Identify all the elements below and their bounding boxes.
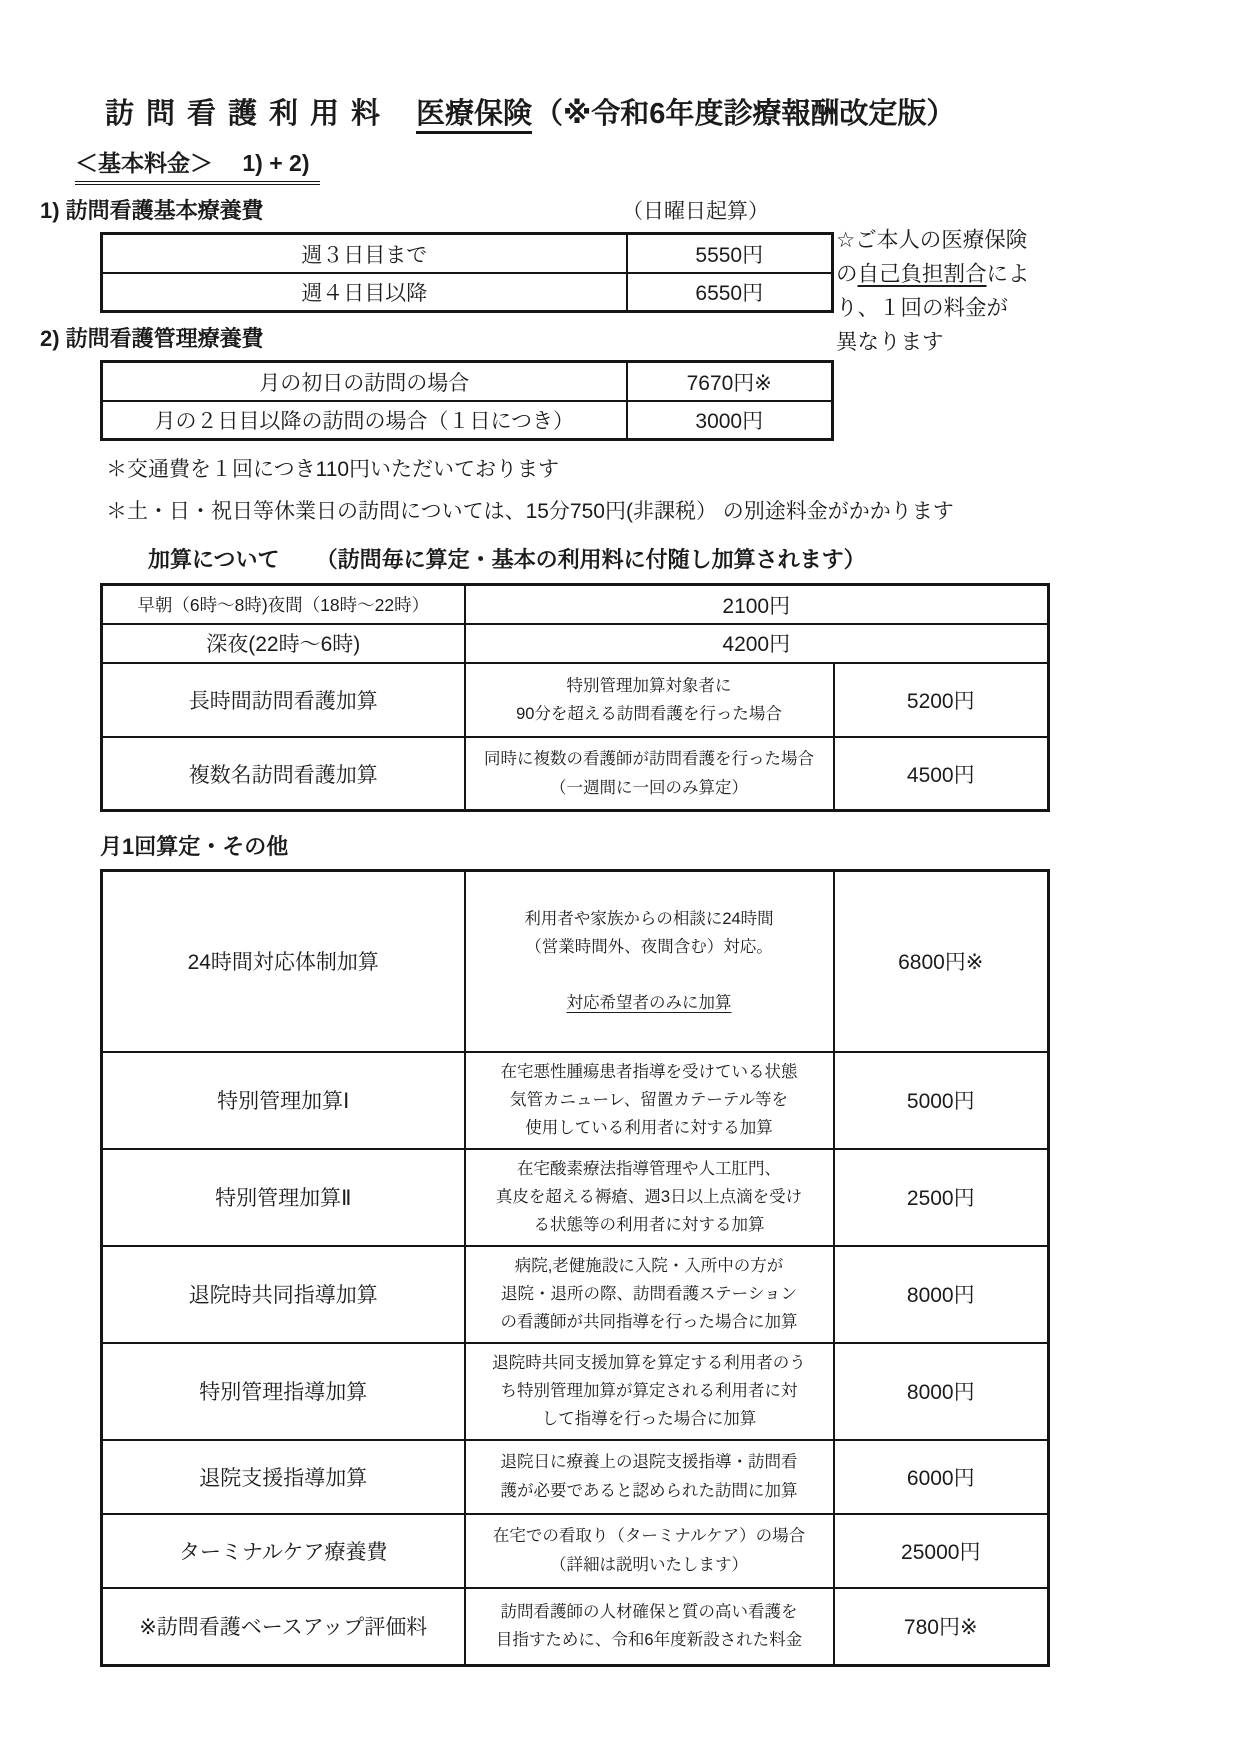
table-row: 24時間対応体制加算 利用者や家族からの相談に24時間 （営業時間外、夜間含む）… (102, 871, 1049, 1052)
fee-label: 週３日目まで (102, 234, 627, 273)
addon-label: 早朝（6時～8時)夜間（18時～22時） (102, 585, 465, 624)
basic-fee-block: 1) 訪問看護基本療養費 （日曜日起算） 週３日目まで 5550円 週４日目以降… (40, 194, 1200, 441)
transport-fee-note: ＊交通費を１回につき110円いただいております (106, 453, 1200, 483)
addon-description-underlined: 対応希望者のみに加算 (470, 989, 829, 1017)
table-row: 深夜(22時～6時) 4200円 (102, 624, 1049, 663)
copay-ratio-note: ☆ご本人の医療保険 の自己負担割合によ り、１回の料金が 異なります (836, 223, 1061, 359)
addon-description: 同時に複数の看護師が訪問看護を行った場合 （一週間に一回のみ算定） (465, 737, 834, 811)
table-row: 週３日目まで 5550円 (102, 234, 833, 273)
table-row: 月の２日目以降の訪問の場合（１日につき） 3000円 (102, 401, 833, 440)
table-row: 特別管理指導加算 退院時共同支援加算を算定する利用者のう ち特別管理加算が算定さ… (102, 1343, 1049, 1440)
addon-name: 退院時共同指導加算 (102, 1246, 465, 1343)
addon-price: 4200円 (465, 624, 1049, 663)
addon-price: 25000円 (834, 1514, 1049, 1588)
addon-price: 2500円 (834, 1149, 1049, 1246)
addon-heading-main: 加算について (148, 547, 280, 572)
section1-heading-row: 1) 訪問看護基本療養費 （日曜日起算） (40, 194, 1200, 225)
document-page: 訪問看護利用料医療保険（※令和6年度診療報酬改定版） ＜基本料金＞ 1) + 2… (0, 0, 1240, 1754)
subtitle-row: ＜基本料金＞ 1) + 2) (75, 145, 1200, 185)
addon-name: 特別管理加算Ⅱ (102, 1149, 465, 1246)
addon-price: 780円※ (834, 1588, 1049, 1666)
table-row: ターミナルケア療養費 在宅での看取り（ターミナルケア）の場合 （詳細は説明いたし… (102, 1514, 1049, 1588)
monthly-addon-table: 24時間対応体制加算 利用者や家族からの相談に24時間 （営業時間外、夜間含む）… (100, 869, 1050, 1667)
addon-price: 4500円 (834, 737, 1049, 811)
table-row: 早朝（6時～8時)夜間（18時～22時） 2100円 (102, 585, 1049, 624)
addon-description: 在宅悪性腫瘍患者指導を受けている状態 気管カニューレ、留置カテーテル等を 使用し… (465, 1052, 834, 1149)
table-row: 退院支援指導加算 退院日に療養上の退院支援指導・訪問看 護が必要であると認められ… (102, 1440, 1049, 1514)
addon-name: 特別管理指導加算 (102, 1343, 465, 1440)
addon-description: 在宅での看取り（ターミナルケア）の場合 （詳細は説明いたします） (465, 1514, 834, 1588)
addon-name: ※訪問看護ベースアップ評価料 (102, 1588, 465, 1666)
copay-note-line: り、１回の料金が (836, 291, 1061, 325)
table-row: 退院時共同指導加算 病院,老健施設に入院・入所中の方が 退院・退所の際、訪問看護… (102, 1246, 1049, 1343)
addon-price: 5200円 (834, 663, 1049, 737)
addon-description: 退院時共同支援加算を算定する利用者のう ち特別管理加算が算定される利用者に対 し… (465, 1343, 834, 1440)
addon-name: 退院支援指導加算 (102, 1440, 465, 1514)
section2-heading: 2) 訪問看護管理療養費 (40, 326, 264, 351)
basic-fee-subtitle: ＜基本料金＞ 1) + 2) (75, 145, 320, 185)
copay-note-line: の自己負担割合によ (836, 257, 1061, 291)
addon-description: 病院,老健施設に入院・入所中の方が 退院・退所の際、訪問看護ステーション の看護… (465, 1246, 834, 1343)
addon-name: ターミナルケア療養費 (102, 1514, 465, 1588)
addon-price: 8000円 (834, 1246, 1049, 1343)
copay-note-line: ☆ご本人の医療保険 (836, 223, 1061, 257)
addon-name: 長時間訪問看護加算 (102, 663, 465, 737)
addon-description: 利用者や家族からの相談に24時間 （営業時間外、夜間含む）対応。 対応希望者のみ… (465, 871, 834, 1052)
fee-price: 3000円 (627, 401, 833, 440)
addon-price: 5000円 (834, 1052, 1049, 1149)
addon-description: 訪問看護師の人材確保と質の高い看護を 目指すために、令和6年度新設された料金 (465, 1588, 834, 1666)
addon-price: 2100円 (465, 585, 1049, 624)
fee-price: 7670円※ (627, 362, 833, 401)
addon-price: 8000円 (834, 1343, 1049, 1440)
per-visit-addon-table: 早朝（6時～8時)夜間（18時～22時） 2100円 深夜(22時～6時) 42… (100, 583, 1050, 812)
title-main: 訪問看護利用料 (105, 98, 392, 130)
addon-name: 複数名訪問看護加算 (102, 737, 465, 811)
addon-section-heading: 加算について（訪問毎に算定・基本の利用料に付随し加算されます） (148, 543, 1200, 574)
addon-description: 在宅酸素療法指導管理や人工肛門、 真皮を超える褥瘡、週3日以上点滴を受け る状態… (465, 1149, 834, 1246)
fee-label: 月の初日の訪問の場合 (102, 362, 627, 401)
fee-price: 5550円 (627, 234, 833, 273)
title-revision-note: （※令和6年度診療報酬改定版） (534, 98, 955, 130)
management-fee-table: 月の初日の訪問の場合 7670円※ 月の２日目以降の訪問の場合（１日につき） 3… (100, 360, 834, 441)
addon-name: 24時間対応体制加算 (102, 871, 465, 1052)
copay-note-line: 異なります (836, 325, 1061, 359)
addon-price: 6000円 (834, 1440, 1049, 1514)
monthly-section-heading: 月1回算定・その他 (100, 830, 1200, 861)
table-row: 週４日目以降 6550円 (102, 273, 833, 312)
table-row: ※訪問看護ベースアップ評価料 訪問看護師の人材確保と質の高い看護を 目指すために… (102, 1588, 1049, 1666)
fee-price: 6550円 (627, 273, 833, 312)
table-row: 特別管理加算Ⅰ 在宅悪性腫瘍患者指導を受けている状態 気管カニューレ、留置カテー… (102, 1052, 1049, 1149)
basic-care-fee-table: 週３日目まで 5550円 週４日目以降 6550円 (100, 232, 834, 313)
addon-description: 特別管理加算対象者に 90分を超える訪問看護を行った場合 (465, 663, 834, 737)
table-row: 複数名訪問看護加算 同時に複数の看護師が訪問看護を行った場合 （一週間に一回のみ… (102, 737, 1049, 811)
addon-name: 特別管理加算Ⅰ (102, 1052, 465, 1149)
addon-price: 6800円※ (834, 871, 1049, 1052)
copay-underlined-term: 自己負担割合 (858, 262, 987, 286)
table-row: 特別管理加算Ⅱ 在宅酸素療法指導管理や人工肛門、 真皮を超える褥瘡、週3日以上点… (102, 1149, 1049, 1246)
title-insurance: 医療保険 (416, 98, 532, 134)
addon-description: 退院日に療養上の退院支援指導・訪問看 護が必要であると認められた訪問に加算 (465, 1440, 834, 1514)
addon-label: 深夜(22時～6時) (102, 624, 465, 663)
sunday-start-note: （日曜日起算） (622, 195, 769, 225)
page-title: 訪問看護利用料医療保険（※令和6年度診療報酬改定版） (105, 96, 1200, 132)
addon-heading-sub: （訪問毎に算定・基本の利用料に付随し加算されます） (316, 547, 866, 572)
fee-label: 月の２日目以降の訪問の場合（１日につき） (102, 401, 627, 440)
section1-heading: 1) 訪問看護基本療養費 (40, 198, 264, 223)
holiday-fee-note: ＊土・日・祝日等休業日の訪問については、15分750円(非課税） の別途料金がか… (106, 495, 1200, 525)
fee-label: 週４日目以降 (102, 273, 627, 312)
table-row: 月の初日の訪問の場合 7670円※ (102, 362, 833, 401)
table-row: 長時間訪問看護加算 特別管理加算対象者に 90分を超える訪問看護を行った場合 5… (102, 663, 1049, 737)
